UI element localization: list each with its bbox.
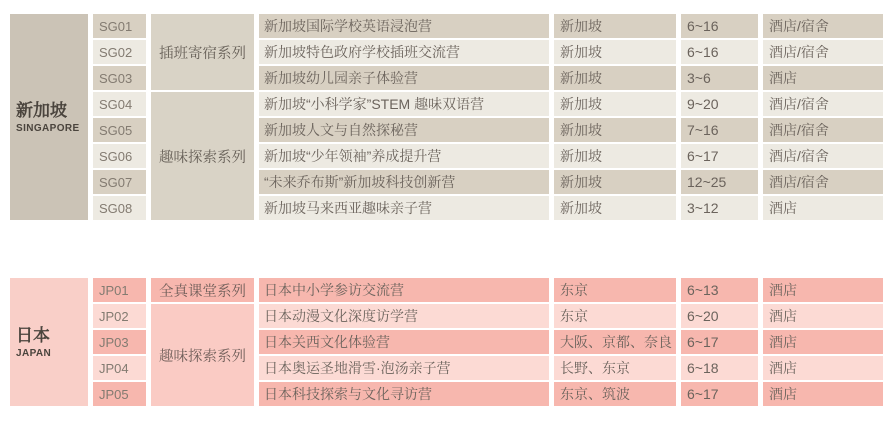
age-cell: 9~20 [681,92,758,116]
code-cell: SG03 [93,66,146,90]
age-cell: 6~13 [681,278,758,302]
location-cell: 新加坡 [554,144,676,168]
program-cell: 日本关西文化体验营 [259,330,549,354]
program-cell: 新加坡“小科学家”STEM 趣味双语营 [259,92,549,116]
program-column: 新加坡国际学校英语浸泡营 新加坡特色政府学校插班交流营 新加坡幼儿园亲子体验营 … [259,14,549,220]
location-cell: 东京、筑波 [554,382,676,406]
region-name: 日本 [16,325,50,346]
accommodation-cell: 酒店/宿舍 [763,40,883,64]
accommodation-cell: 酒店/宿舍 [763,118,883,142]
accommodation-cell: 酒店/宿舍 [763,144,883,168]
age-cell: 6~17 [681,382,758,406]
location-cell: 东京 [554,278,676,302]
program-cell: 新加坡“少年领袖”养成提升营 [259,144,549,168]
program-cell: 新加坡马来西亚趣味亲子营 [259,196,549,220]
age-cell: 6~17 [681,144,758,168]
location-cell: 大阪、京都、奈良 [554,330,676,354]
location-cell: 新加坡 [554,92,676,116]
region-name-en: SINGAPORE [16,123,80,134]
location-cell: 新加坡 [554,66,676,90]
program-cell: 新加坡特色政府学校插班交流营 [259,40,549,64]
location-cell: 新加坡 [554,118,676,142]
code-cell: SG07 [93,170,146,194]
age-cell: 6~18 [681,356,758,380]
code-column: JP01 JP02 JP03 JP04 JP05 [93,278,146,406]
series-column: 全真课堂系列 趣味探索系列 [151,278,254,406]
accommodation-cell: 酒店 [763,382,883,406]
accommodation-cell: 酒店 [763,330,883,354]
age-cell: 6~16 [681,14,758,38]
age-cell: 6~17 [681,330,758,354]
page: 新加坡 SINGAPORE SG01 SG02 SG03 SG04 SG05 S… [0,0,892,422]
region-column: 日本 JAPAN [10,278,88,406]
code-cell: JP03 [93,330,146,354]
code-cell: JP05 [93,382,146,406]
location-cell: 东京 [554,304,676,328]
region-name-en: JAPAN [16,348,51,359]
program-cell: 日本科技探索与文化寻访营 [259,382,549,406]
accommodation-cell: 酒店 [763,304,883,328]
location-column: 新加坡 新加坡 新加坡 新加坡 新加坡 新加坡 新加坡 新加坡 [554,14,676,220]
accommodation-cell: 酒店/宿舍 [763,170,883,194]
series-cell: 全真课堂系列 [151,278,254,302]
code-cell: SG08 [93,196,146,220]
age-cell: 6~20 [681,304,758,328]
japan-table: 日本 JAPAN JP01 JP02 JP03 JP04 JP05 全真课堂系列… [10,278,883,406]
series-cell: 插班寄宿系列 [151,14,254,90]
location-cell: 新加坡 [554,14,676,38]
code-cell: JP01 [93,278,146,302]
accommodation-cell: 酒店/宿舍 [763,14,883,38]
accommodation-cell: 酒店 [763,356,883,380]
code-cell: SG04 [93,92,146,116]
location-column: 东京 东京 大阪、京都、奈良 长野、东京 东京、筑波 [554,278,676,406]
age-cell: 3~12 [681,196,758,220]
region-cell-japan: 日本 JAPAN [10,278,88,406]
accommodation-cell: 酒店 [763,66,883,90]
series-cell: 趣味探索系列 [151,92,254,220]
accommodation-cell: 酒店 [763,278,883,302]
accommodation-column: 酒店 酒店 酒店 酒店 酒店 [763,278,883,406]
age-column: 6~16 6~16 3~6 9~20 7~16 6~17 12~25 3~12 [681,14,758,220]
accommodation-cell: 酒店/宿舍 [763,92,883,116]
region-cell-singapore: 新加坡 SINGAPORE [10,14,88,220]
program-cell: 新加坡人文与自然探秘营 [259,118,549,142]
code-cell: SG02 [93,40,146,64]
program-cell: 日本动漫文化深度访学营 [259,304,549,328]
code-cell: SG01 [93,14,146,38]
singapore-table: 新加坡 SINGAPORE SG01 SG02 SG03 SG04 SG05 S… [10,14,883,220]
code-cell: JP04 [93,356,146,380]
code-column: SG01 SG02 SG03 SG04 SG05 SG06 SG07 SG08 [93,14,146,220]
program-cell: 新加坡幼儿园亲子体验营 [259,66,549,90]
accommodation-cell: 酒店 [763,196,883,220]
program-cell: 日本中小学参访交流营 [259,278,549,302]
code-cell: JP02 [93,304,146,328]
program-cell: 日本奥运圣地滑雪·泡汤亲子营 [259,356,549,380]
code-cell: SG05 [93,118,146,142]
program-cell: “未来乔布斯”新加坡科技创新营 [259,170,549,194]
code-cell: SG06 [93,144,146,168]
program-column: 日本中小学参访交流营 日本动漫文化深度访学营 日本关西文化体验营 日本奥运圣地滑… [259,278,549,406]
location-cell: 新加坡 [554,40,676,64]
age-cell: 3~6 [681,66,758,90]
age-cell: 12~25 [681,170,758,194]
program-cell: 新加坡国际学校英语浸泡营 [259,14,549,38]
age-cell: 7~16 [681,118,758,142]
series-column: 插班寄宿系列 趣味探索系列 [151,14,254,220]
location-cell: 新加坡 [554,170,676,194]
age-cell: 6~16 [681,40,758,64]
accommodation-column: 酒店/宿舍 酒店/宿舍 酒店 酒店/宿舍 酒店/宿舍 酒店/宿舍 酒店/宿舍 酒… [763,14,883,220]
location-cell: 新加坡 [554,196,676,220]
region-column: 新加坡 SINGAPORE [10,14,88,220]
location-cell: 长野、东京 [554,356,676,380]
series-cell: 趣味探索系列 [151,304,254,406]
age-column: 6~13 6~20 6~17 6~18 6~17 [681,278,758,406]
region-name: 新加坡 [16,100,67,121]
